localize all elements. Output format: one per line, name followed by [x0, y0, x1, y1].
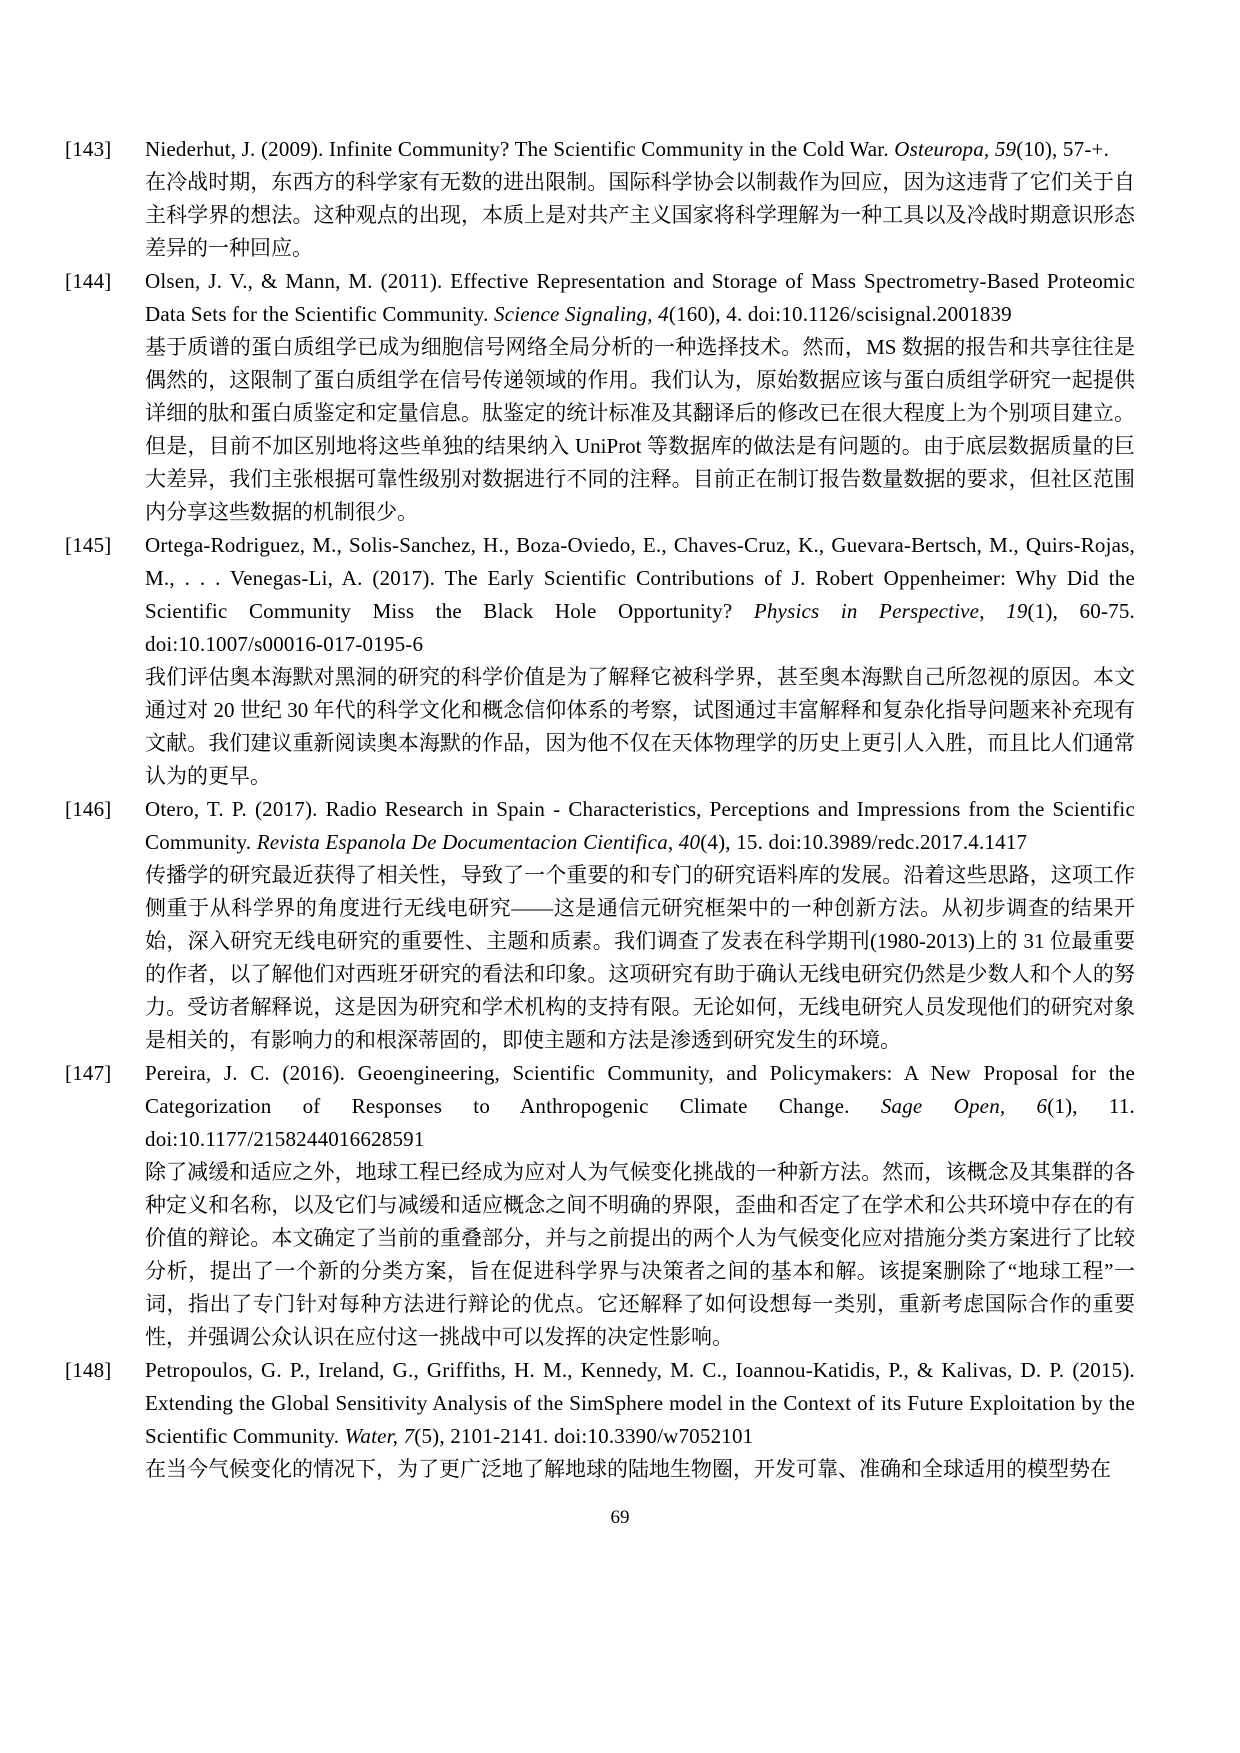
reference-abstract: 除了减缓和适应之外，地球工程已经成为应对人为气候变化挑战的一种新方法。然而，该概… — [145, 1156, 1135, 1354]
reference-entry: [145]Ortega-Rodriguez, M., Solis-Sanchez… — [105, 529, 1135, 793]
reference-citation: [148]Petropoulos, G. P., Ireland, G., Gr… — [145, 1354, 1135, 1453]
reference-abstract: 传播学的研究最近获得了相关性，导致了一个重要的和专门的研究语料库的发展。沿着这些… — [145, 859, 1135, 1057]
journal-title: Physics in Perspective, 19 — [754, 599, 1028, 623]
reference-citation: [144]Olsen, J. V., & Mann, M. (2011). Ef… — [145, 265, 1135, 331]
citation-pages: (160), 4. doi:10.1126/scisignal.2001839 — [669, 302, 1012, 326]
reference-entry: [147]Pereira, J. C. (2016). Geoengineeri… — [105, 1057, 1135, 1354]
journal-title: Science Signaling, 4 — [494, 302, 669, 326]
reference-id: [148] — [65, 1354, 145, 1387]
reference-list: [143]Niederhut, J. (2009). Infinite Comm… — [105, 133, 1135, 1486]
journal-title: Osteuropa, 59 — [894, 137, 1016, 161]
reference-id: [146] — [65, 793, 145, 826]
reference-abstract: 在冷战时期，东西方的科学家有无数的进出限制。国际科学协会以制裁作为回应，因为这违… — [145, 166, 1135, 265]
reference-entry: [144]Olsen, J. V., & Mann, M. (2011). Ef… — [105, 265, 1135, 529]
reference-id: [145] — [65, 529, 145, 562]
reference-abstract: 在当今气候变化的情况下，为了更广泛地了解地球的陆地生物圈，开发可靠、准确和全球适… — [145, 1453, 1135, 1486]
citation-text: Niederhut, J. (2009). Infinite Community… — [145, 137, 894, 161]
reference-citation: [147]Pereira, J. C. (2016). Geoengineeri… — [145, 1057, 1135, 1156]
reference-id: [144] — [65, 265, 145, 298]
reference-entry: [148]Petropoulos, G. P., Ireland, G., Gr… — [105, 1354, 1135, 1486]
reference-entry: [146]Otero, T. P. (2017). Radio Research… — [105, 793, 1135, 1057]
citation-pages: (10), 57-+. — [1016, 137, 1109, 161]
citation-pages: (5), 2101-2141. doi:10.3390/w7052101 — [414, 1424, 753, 1448]
reference-id: [147] — [65, 1057, 145, 1090]
journal-title: Sage Open, 6 — [881, 1094, 1047, 1118]
reference-entry: [143]Niederhut, J. (2009). Infinite Comm… — [105, 133, 1135, 265]
reference-citation: [145]Ortega-Rodriguez, M., Solis-Sanchez… — [145, 529, 1135, 661]
journal-title: Water, 7 — [345, 1424, 415, 1448]
reference-id: [143] — [65, 133, 145, 166]
reference-citation: [143]Niederhut, J. (2009). Infinite Comm… — [145, 133, 1135, 166]
reference-citation: [146]Otero, T. P. (2017). Radio Research… — [145, 793, 1135, 859]
citation-pages: (4), 15. doi:10.3989/redc.2017.4.1417 — [700, 830, 1027, 854]
reference-abstract: 我们评估奥本海默对黑洞的研究的科学价值是为了解释它被科学界，甚至奥本海默自己所忽… — [145, 661, 1135, 793]
page-number: 69 — [105, 1504, 1135, 1532]
journal-title: Revista Espanola De Documentacion Cienti… — [257, 830, 701, 854]
document-page: [143]Niederhut, J. (2009). Infinite Comm… — [0, 0, 1240, 1753]
reference-abstract: 基于质谱的蛋白质组学已成为细胞信号网络全局分析的一种选择技术。然而，MS 数据的… — [145, 331, 1135, 529]
